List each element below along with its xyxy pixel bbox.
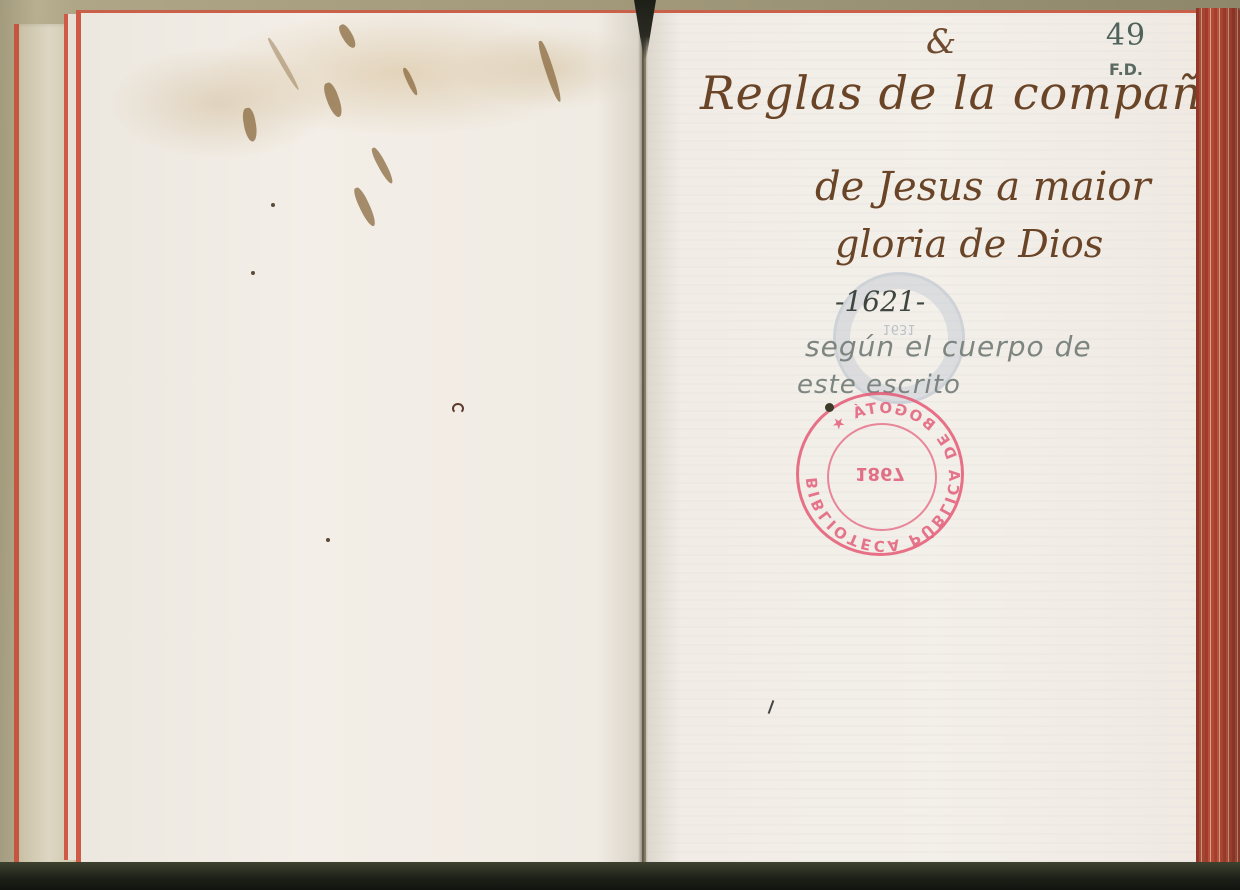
left-page [76,10,642,866]
ink-blot [825,403,834,412]
pencil-note-line-1: según el cuerpo de [805,330,1092,363]
ink-stain [369,146,395,185]
book-gutter [638,10,648,870]
title-line-2: de Jesus a maior [815,164,1151,210]
ink-stain [241,107,259,143]
cover-bottom-edge [0,862,1240,890]
ink-speck [326,538,330,542]
heading-mark: & [926,22,956,62]
worm-hole [452,403,464,414]
year: -1621- [835,285,925,318]
ink-stain [351,186,378,228]
ink-speck [271,203,275,207]
ink-stain [337,23,359,51]
fore-edge-shadow [1196,8,1240,866]
ink-stain [321,81,345,119]
ink-stain [536,40,563,103]
folio-number: 49 [1101,18,1151,53]
ink-stain [266,37,300,91]
scanned-manuscript: 1631 & 49 F.D. Reglas de la compañia de … [0,0,1240,890]
ink-stain [401,67,419,97]
title-line-1: Reglas de la compañia [700,66,1240,120]
library-stamp: BIBLIOTECA PÚBLICA DE BOGOTÁ ★ 1867 [796,392,964,556]
stamp-center-text: 1867 [799,463,961,484]
title-line-3: gloria de Dios [835,222,1103,266]
ink-speck [251,271,255,275]
